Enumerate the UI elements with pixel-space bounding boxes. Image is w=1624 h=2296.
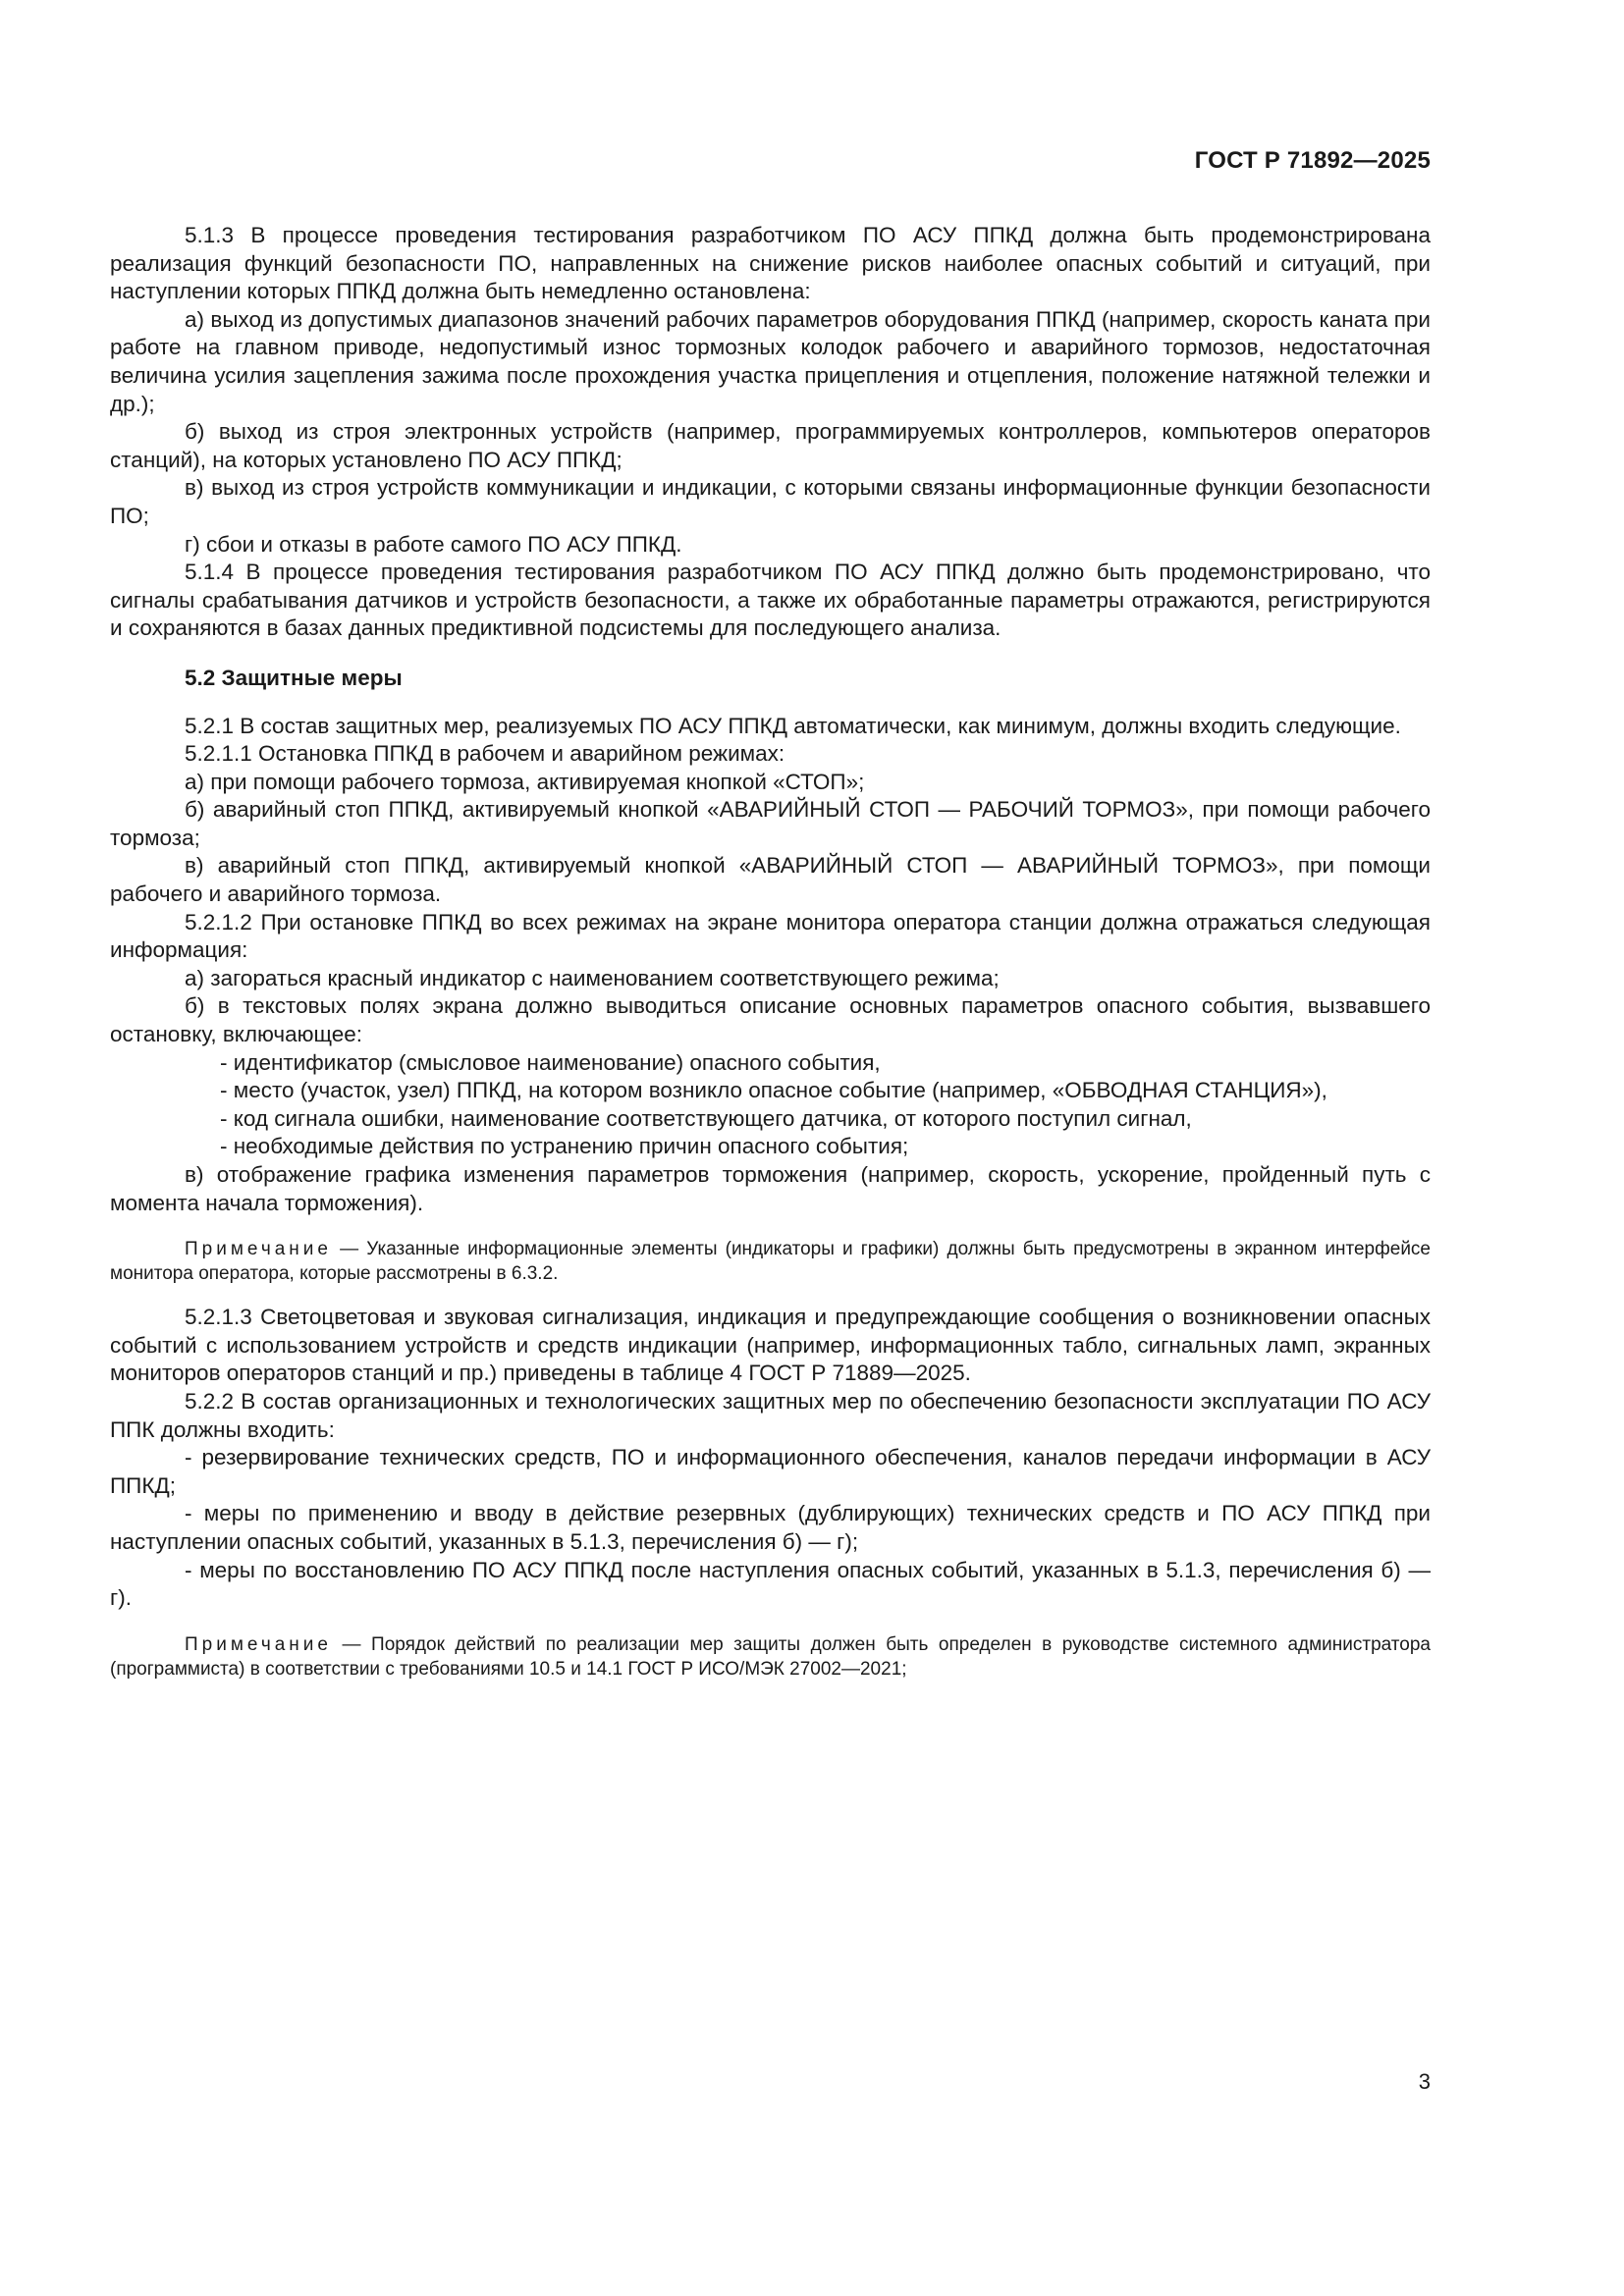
clause-5-2-1: 5.2.1 В состав защитных мер, реализуемых… <box>110 713 1431 741</box>
clause-5-2-1-3: 5.2.1.3 Светоцветовая и звуковая сигнали… <box>110 1304 1431 1388</box>
list-item-error-code: - код сигнала ошибки, наименование соотв… <box>110 1105 1431 1134</box>
clause-5-1-3-g: г) сбои и отказы в работе самого ПО АСУ … <box>110 531 1431 560</box>
clause-5-1-3-b: б) выход из строя электронных устройств … <box>110 418 1431 474</box>
clause-5-2-1-1: 5.2.1.1 Остановка ППКД в рабочем и авари… <box>110 740 1431 769</box>
document-body: 5.1.3 В процессе проведения тестирования… <box>110 222 1431 1699</box>
clause-5-1-3-a: а) выход из допустимых диапазонов значен… <box>110 306 1431 418</box>
section-heading-5-2: 5.2 Защитные меры <box>110 665 1431 693</box>
clause-5-2-1-2-b: б) в текстовых полях экрана должно вывод… <box>110 992 1431 1048</box>
clause-5-2-1-1-a: а) при помощи рабочего тормоза, активиру… <box>110 769 1431 797</box>
list-item-actions: - необходимые действия по устранению при… <box>110 1133 1431 1161</box>
list-item-identifier: - идентификатор (смысловое наименование)… <box>110 1049 1431 1078</box>
list-item-redundancy: - резервирование технических средств, ПО… <box>110 1444 1431 1500</box>
note-label: Примечание <box>185 1634 332 1655</box>
clause-5-2-1-2: 5.2.1.2 При остановке ППКД во всех режим… <box>110 909 1431 965</box>
list-item-recovery-measures: - меры по восстановлению ПО АСУ ППКД пос… <box>110 1557 1431 1613</box>
clause-5-1-3-v: в) выход из строя устройств коммуникации… <box>110 474 1431 530</box>
clause-5-2-2: 5.2.2 В состав организационных и техноло… <box>110 1388 1431 1444</box>
note-1: Примечание — Указанные информационные эл… <box>110 1237 1431 1286</box>
clause-5-1-3: 5.1.3 В процессе проведения тестирования… <box>110 222 1431 306</box>
note-label: Примечание <box>185 1239 332 1259</box>
clause-5-2-1-1-b: б) аварийный стоп ППКД, активируемый кно… <box>110 796 1431 852</box>
clause-5-2-1-1-v: в) аварийный стоп ППКД, активируемый кно… <box>110 852 1431 908</box>
clause-5-2-1-2-a: а) загораться красный индикатор с наимен… <box>110 965 1431 993</box>
list-item-backup-measures: - меры по применению и вводу в действие … <box>110 1500 1431 1556</box>
document-header-id: ГОСТ Р 71892—2025 <box>1195 147 1431 175</box>
note-2: Примечание — Порядок действий по реализа… <box>110 1632 1431 1682</box>
page-number: 3 <box>1419 2069 1431 2095</box>
clause-5-1-4: 5.1.4 В процессе проведения тестирования… <box>110 559 1431 643</box>
list-item-location: - место (участок, узел) ППКД, на котором… <box>110 1077 1431 1105</box>
clause-5-2-1-2-v: в) отображение графика изменения парамет… <box>110 1161 1431 1217</box>
